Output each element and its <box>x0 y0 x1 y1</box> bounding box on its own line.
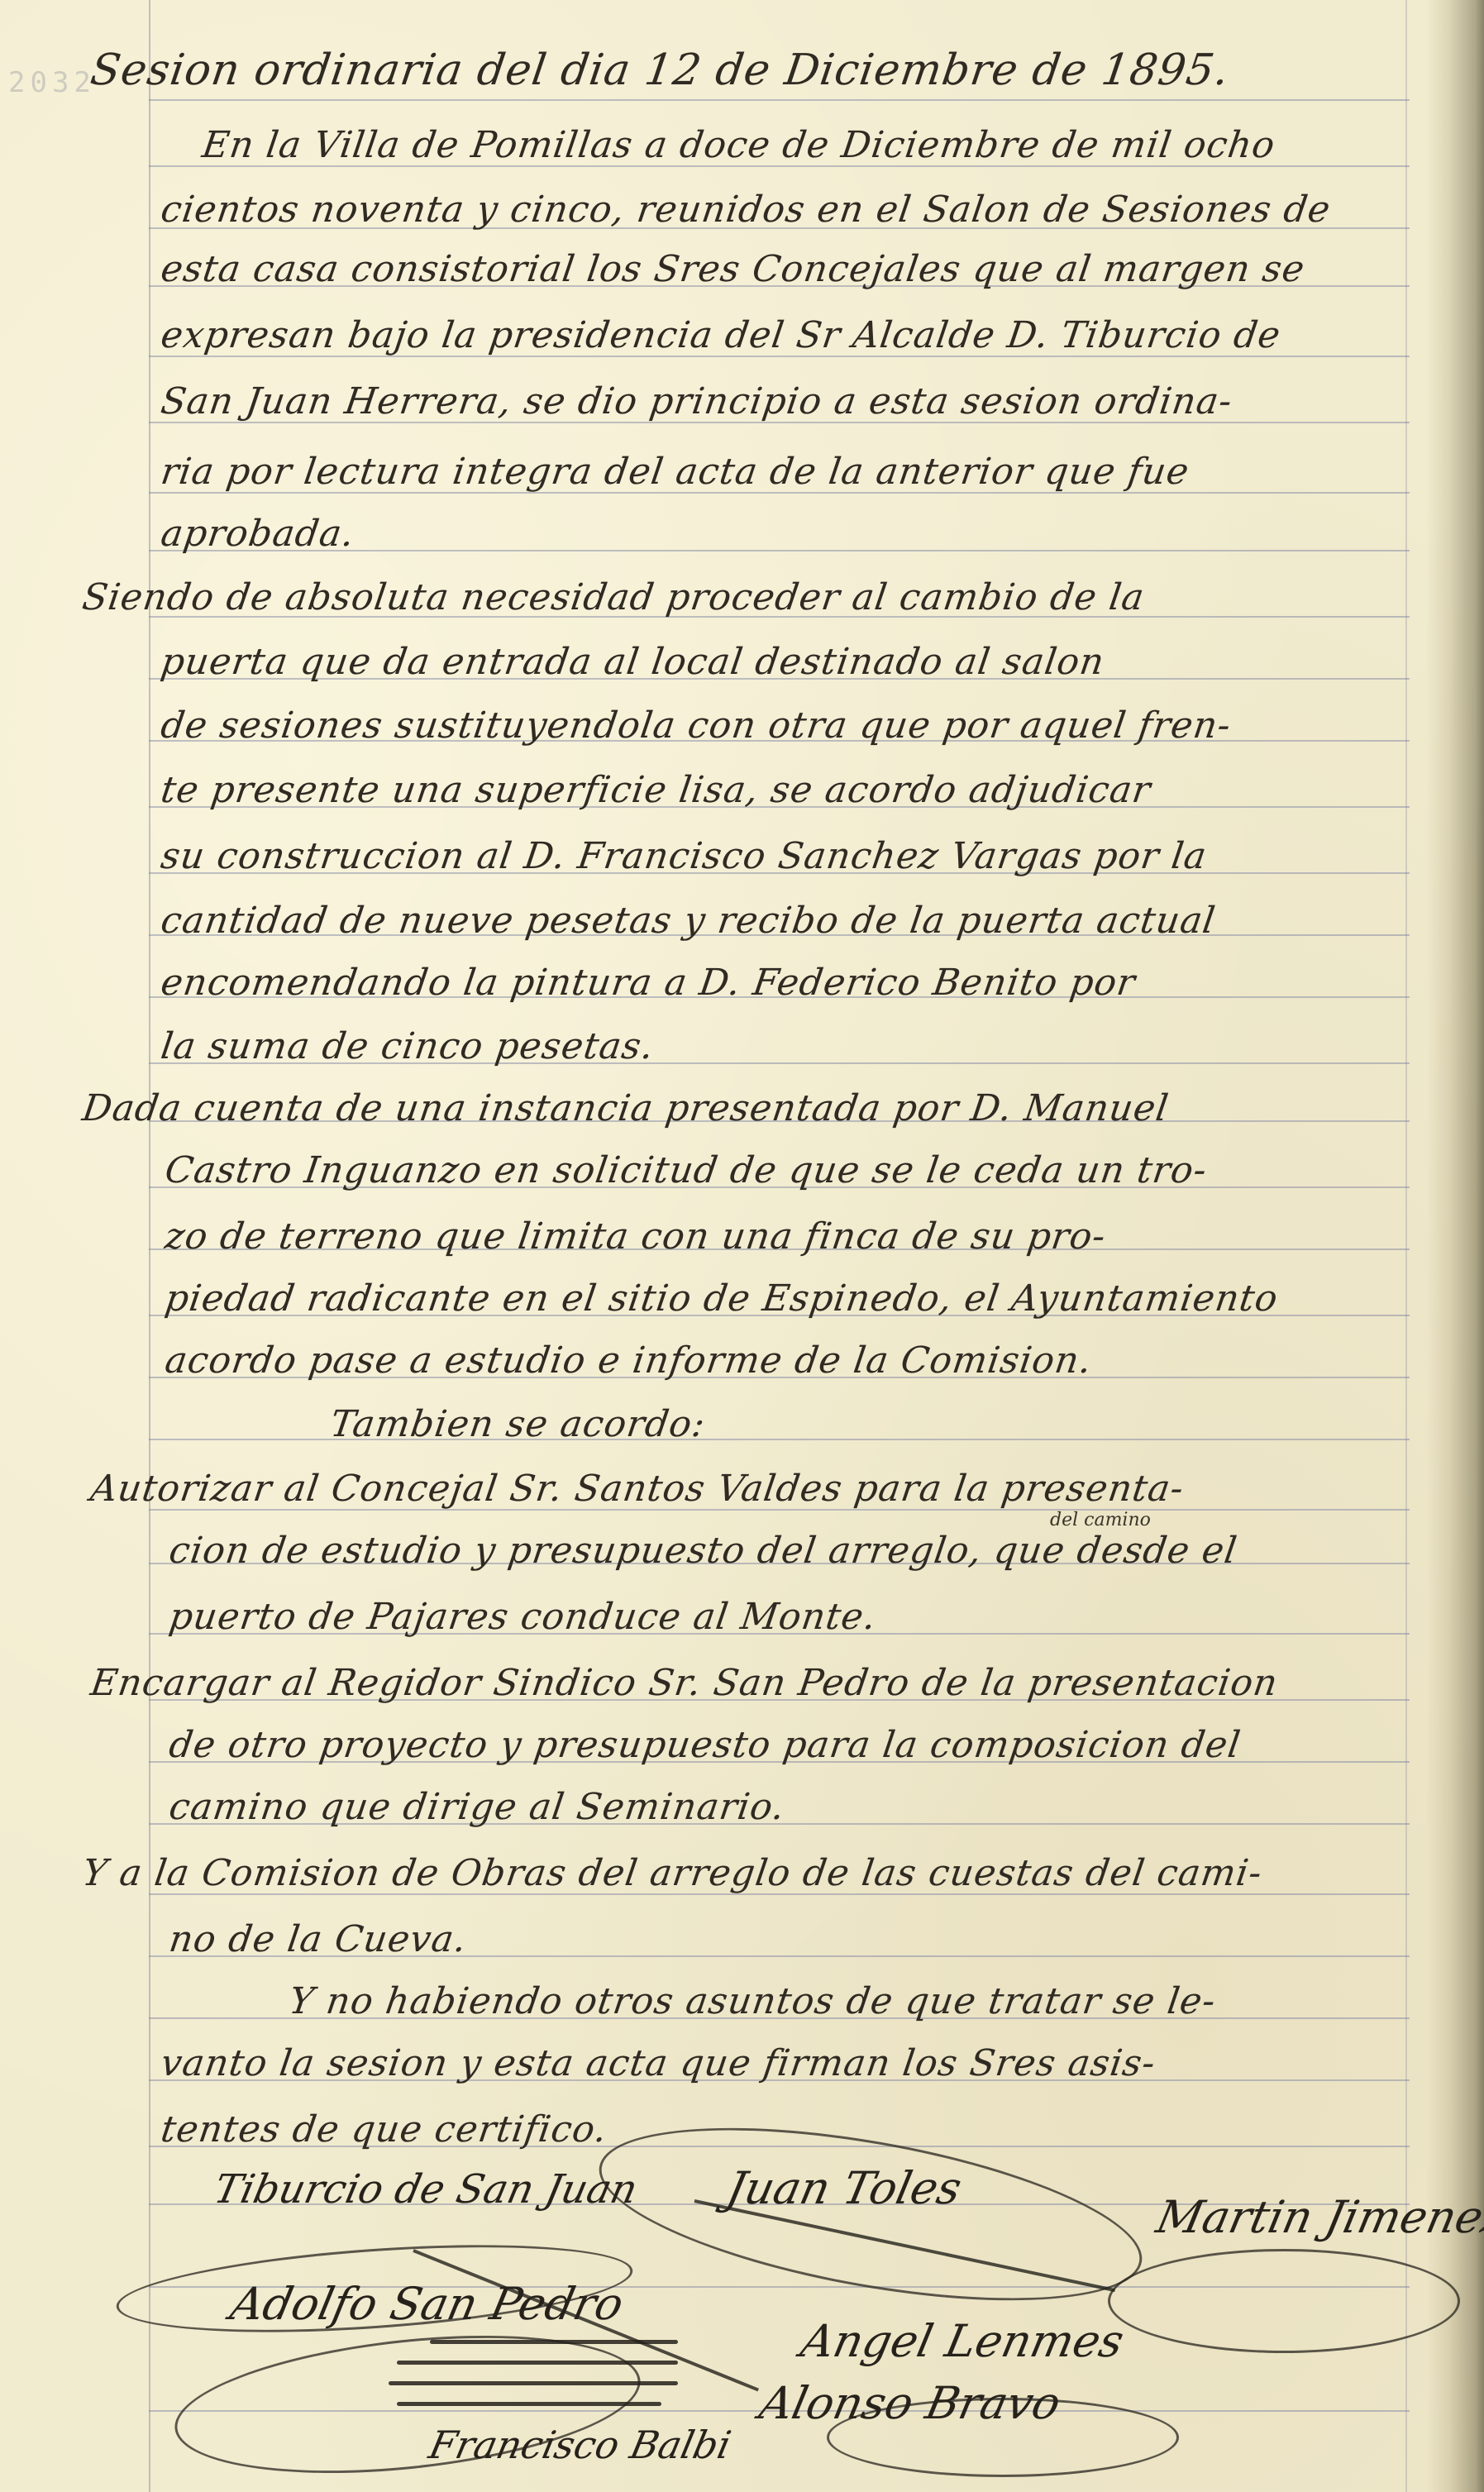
rubric-scribble <box>397 2361 678 2365</box>
text-line: aprobada. <box>158 513 357 555</box>
signature: Francisco Balbi <box>425 2423 735 2467</box>
text-line: Siendo de absoluta necesidad proceder al… <box>79 576 1147 618</box>
margin-stamp: 2032 <box>8 66 99 116</box>
text-line: Encargar al Regidor Sindico Sr. San Pedr… <box>88 1662 1281 1704</box>
text-line: te presente una superficie lisa, se acor… <box>158 769 1153 811</box>
text-line: puerta que da entrada al local destinado… <box>158 641 1107 683</box>
document-page: 2032 Sesion ordinaria del dia 12 de Dici… <box>0 0 1484 2492</box>
text-line: Tambien se acordo: <box>327 1403 708 1445</box>
text-line: camino que dirige al Seminario. <box>166 1786 787 1828</box>
ruled-line <box>149 99 1410 101</box>
text-line: Y no habiendo otros asuntos de que trata… <box>286 1980 1219 2022</box>
text-line: zo de terreno que limita con una finca d… <box>162 1215 1109 1258</box>
text-line: cion de estudio y presupuesto del arregl… <box>166 1530 1239 1572</box>
signature: Adolfo San Pedro <box>226 2278 627 2330</box>
text-line: Y a la Comision de Obras del arreglo de … <box>79 1852 1265 1894</box>
text-line: encomendando la pintura a D. Federico Be… <box>158 962 1138 1004</box>
left-ruled-margin <box>149 0 150 2492</box>
text-line: su construccion al D. Francisco Sanchez … <box>158 835 1210 877</box>
signature: Tiburcio de San Juan <box>210 2166 642 2213</box>
right-ruled-margin <box>1405 0 1407 2492</box>
text-line: de otro proyecto y presupuesto para la c… <box>166 1724 1243 1766</box>
signature-flourish <box>1108 2249 1460 2353</box>
text-line: vanto la sesion y esta acta que firman l… <box>158 2042 1158 2084</box>
page-binding-shadow <box>1426 0 1484 2492</box>
text-line: tentes de que certifico. <box>158 2108 609 2151</box>
text-line: no de la Cueva. <box>166 1918 470 1960</box>
rubric-scribble <box>430 2340 678 2344</box>
signature: Martin Jimenez <box>1152 2191 1484 2243</box>
signature: Angel Lenmes <box>796 2315 1129 2367</box>
text-line: ria por lectura integra del acta de la a… <box>158 451 1191 493</box>
rubric-scribble <box>397 2402 661 2406</box>
signature: Juan Toles <box>722 2162 966 2214</box>
rubric-scribble <box>389 2381 678 2385</box>
signature-flourish <box>587 2095 1154 2334</box>
text-line: acordo pase a estudio e informe de la Co… <box>162 1339 1095 1382</box>
text-line: expresan bajo la presidencia del Sr Alca… <box>158 314 1283 356</box>
text-line: la suma de cinco pesetas. <box>158 1025 656 1067</box>
document-title: Sesion ordinaria del dia 12 de Diciembre… <box>88 45 1233 95</box>
text-line: Castro Inguanzo en solicitud de que se l… <box>162 1149 1210 1191</box>
text-line: Autorizar al Concejal Sr. Santos Valdes … <box>88 1468 1186 1510</box>
text-line: En la Villa de Pomillas a doce de Diciem… <box>199 124 1277 166</box>
text-line: de sesiones sustituyendola con otra que … <box>158 704 1233 747</box>
text-line: Dada cuenta de una instancia presentada … <box>79 1087 1171 1129</box>
text-line: puerto de Pajares conduce al Monte. <box>166 1596 879 1638</box>
text-line: cientos noventa y cinco, reunidos en el … <box>158 189 1333 231</box>
text-line: piedad radicante en el sitio de Espinedo… <box>162 1277 1281 1320</box>
interlinear-insertion: del camino <box>1050 1510 1151 1530</box>
signature: Alonso Bravo <box>755 2377 1065 2429</box>
text-line: cantidad de nueve pesetas y recibo de la… <box>158 900 1218 942</box>
text-line: San Juan Herrera, se dio principio a est… <box>158 380 1235 422</box>
text-line: esta casa consistorial los Sres Concejal… <box>158 248 1307 290</box>
